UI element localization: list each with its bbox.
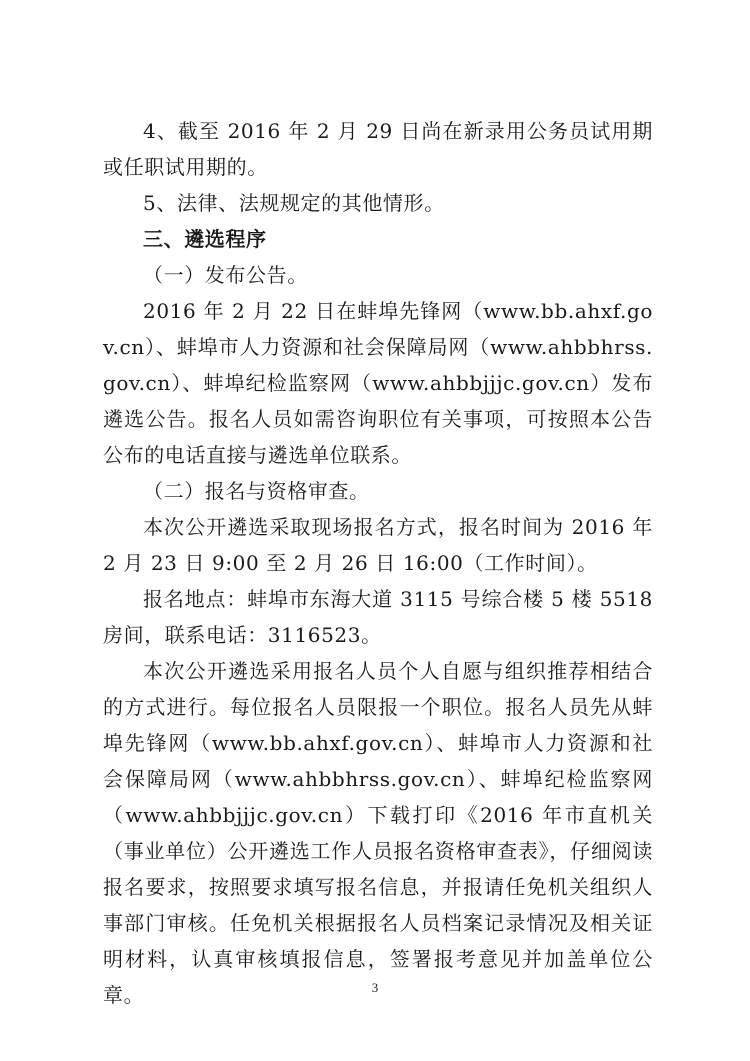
document-page: 4、截至 2016 年 2 月 29 日尚在新录用公务员试用期或任职试用期的。 … — [0, 0, 750, 1061]
list-item-5: 5、法律、法规规定的其他情形。 — [103, 185, 653, 221]
subsection-heading-1: （一）发布公告。 — [103, 257, 653, 293]
registration-location-paragraph: 报名地点：蚌埠市东海大道 3115 号综合楼 5 楼 5518 房间，联系电话：… — [103, 581, 653, 653]
section-heading: 三、遴选程序 — [103, 221, 653, 257]
document-body: 4、截至 2016 年 2 月 29 日尚在新录用公务员试用期或任职试用期的。 … — [103, 113, 653, 1013]
list-item-4: 4、截至 2016 年 2 月 29 日尚在新录用公务员试用期或任职试用期的。 — [103, 113, 653, 185]
registration-method-paragraph: 本次公开遴选采用报名人员个人自愿与组织推荐相结合的方式进行。每位报名人员限报一个… — [103, 653, 653, 1013]
page-number: 3 — [0, 980, 750, 996]
subsection-heading-2: （二）报名与资格审查。 — [103, 473, 653, 509]
announcement-paragraph: 2016 年 2 月 22 日在蚌埠先锋网（www.bb.ahxf.gov.cn… — [103, 293, 653, 473]
registration-time-paragraph: 本次公开遴选采取现场报名方式，报名时间为 2016 年 2 月 23 日 9:0… — [103, 509, 653, 581]
